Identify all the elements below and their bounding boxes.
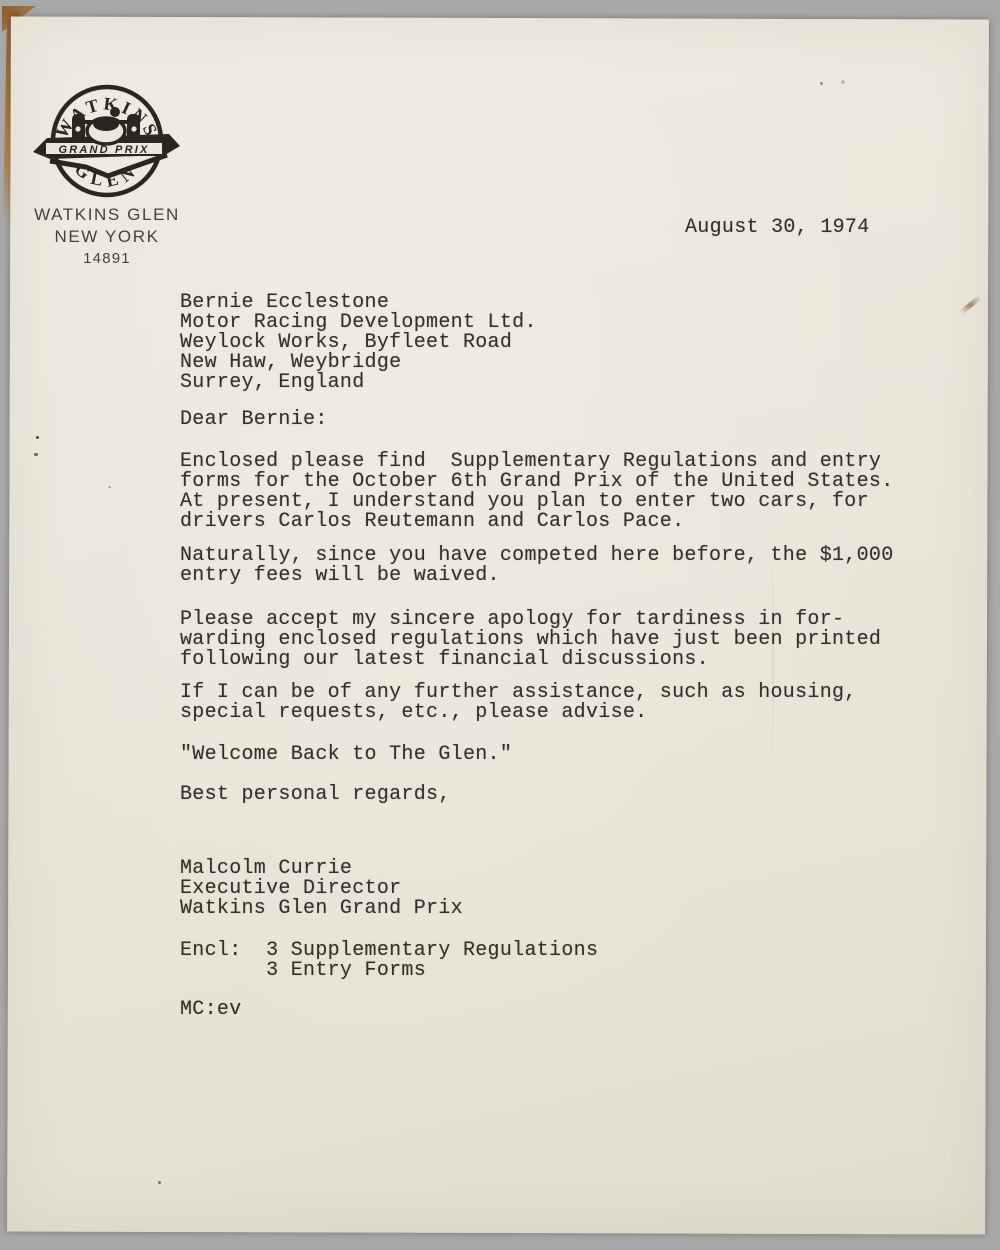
body-paragraph-4: If I can be of any further assistance, s… [180, 683, 857, 723]
typist-initials: MC:ev [180, 1000, 242, 1020]
salutation: Dear Bernie: [180, 410, 328, 430]
svg-text:GLEN: GLEN [71, 159, 143, 191]
paper-speck [158, 1181, 161, 1184]
logo-banner-text: GRAND PRIX [58, 144, 149, 156]
closing: Best personal regards, [180, 785, 451, 805]
letterhead-zip: 14891 [30, 248, 184, 270]
letterhead-city: WATKINS GLEN [30, 204, 184, 226]
welcome-quote: "Welcome Back to The Glen." [180, 745, 512, 765]
paper-speck [820, 82, 823, 85]
logo-arc-glen: GLEN [71, 159, 143, 191]
body-paragraph-3: Please accept my sincere apology for tar… [180, 610, 881, 670]
recipient-address: Bernie Ecclestone Motor Racing Developme… [180, 293, 537, 393]
date-line: August 30, 1974 [685, 218, 870, 238]
paper-speck [34, 453, 38, 456]
paper-speck [36, 436, 39, 439]
paper-speck [841, 80, 845, 84]
signature-block: Malcolm Currie Executive Director Watkin… [180, 859, 463, 919]
letterhead-state: NEW YORK [30, 226, 184, 248]
enclosure-list: Encl: 3 Supplementary Regulations 3 Entr… [180, 941, 598, 981]
watkins-glen-grand-prix-logo: GRAND PRIX WATKINS GLEN [30, 76, 184, 202]
body-paragraph-1: Enclosed please find Supplementary Regul… [180, 452, 894, 532]
paper-speck [108, 486, 111, 488]
body-paragraph-2: Naturally, since you have competed here … [180, 546, 894, 586]
letterhead: GRAND PRIX WATKINS GLEN WATKINS GLEN NEW… [30, 76, 184, 270]
scanned-letter-background: GRAND PRIX WATKINS GLEN WATKINS GLEN NEW… [0, 0, 1000, 1250]
